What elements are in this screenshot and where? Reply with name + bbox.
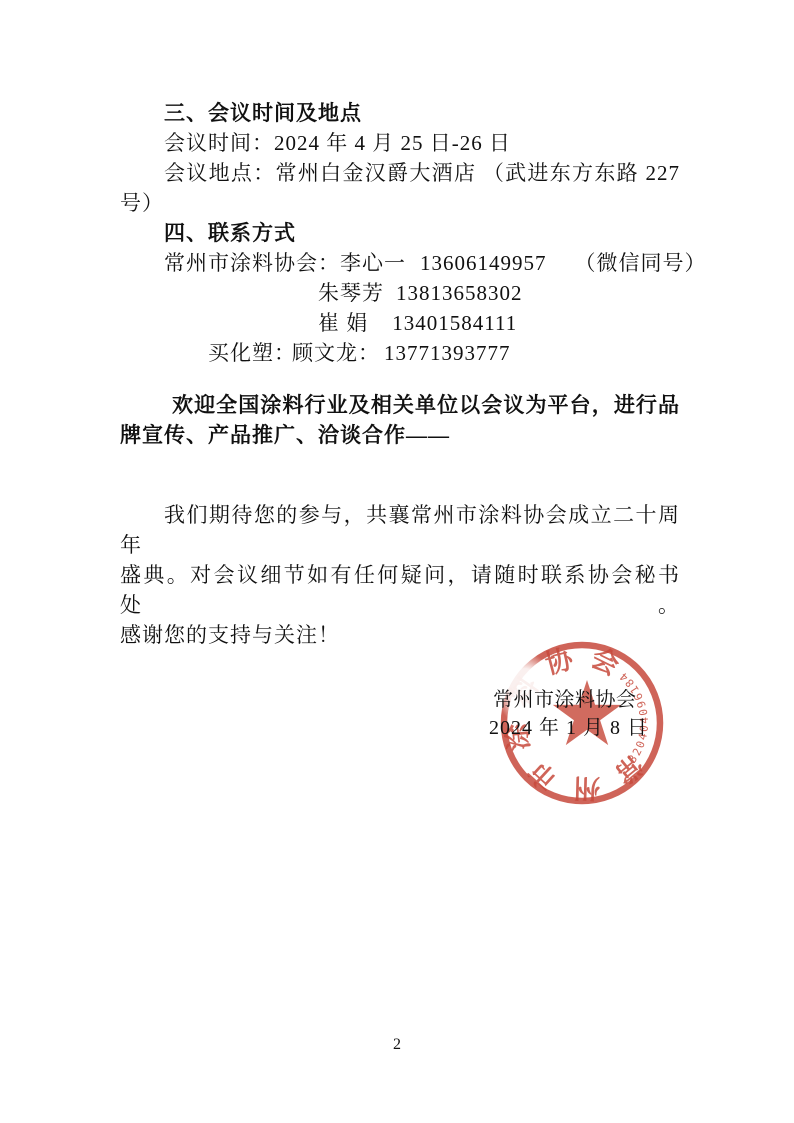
contact-phone: 13401584111: [392, 311, 517, 335]
meeting-time-line: 会议时间：2024 年 4 月 25 日-26 日: [120, 128, 680, 158]
contact-name: 朱琴芳: [318, 281, 384, 305]
closing-line-2: 盛典。对会议细节如有任何疑问，请随时联系协会秘书处。: [120, 560, 680, 620]
contact-phone: 13813658302: [396, 281, 523, 305]
contact-line-2: 朱琴芳13813658302: [120, 278, 680, 308]
meeting-venue-line-1: 会议地点：常州白金汉爵大酒店 （武进东方东路 227: [120, 158, 680, 188]
signature-org: 常州市涂料协会: [493, 683, 637, 712]
contact-name: 崔 娟: [318, 311, 368, 335]
section-contact-heading: 四、联系方式: [120, 218, 680, 248]
contact-name: 李心一: [340, 251, 406, 275]
welcome-line-2: 牌宣传、产品推广、洽谈合作——: [120, 420, 680, 450]
closing-line-1: 我们期待您的参与，共襄常州市涂料协会成立二十周年: [120, 500, 680, 560]
page-number: 2: [0, 1036, 794, 1054]
contact-name: 顾文龙：: [292, 341, 380, 365]
welcome-paragraph: 欢迎全国涂料行业及相关单位以会议为平台，进行品 牌宣传、产品推广、洽谈合作——: [120, 390, 680, 450]
contact-note: （微信同号）: [575, 251, 707, 275]
contact-phone: 13771393777: [384, 341, 511, 365]
contact-line-maihuasu: 买化塑：顾文龙：13771393777: [120, 338, 680, 368]
document-page: 三、会议时间及地点 会议时间：2024 年 4 月 25 日-26 日 会议地点…: [0, 0, 794, 1123]
section-meeting-heading: 三、会议时间及地点: [120, 98, 680, 128]
contact-org-label: 买化塑：: [164, 338, 292, 368]
signature-date: 2024 年 1 月 8 日: [489, 711, 648, 740]
contact-org-label: 常州市涂料协会：: [164, 251, 340, 275]
contact-line-association: 常州市涂料协会：李心一13606149957（微信同号）: [120, 248, 680, 278]
contact-phone: 13606149957: [420, 251, 547, 275]
welcome-line-1: 欢迎全国涂料行业及相关单位以会议为平台，进行品: [120, 390, 680, 420]
contact-line-3: 崔 娟13401584111: [120, 308, 680, 338]
document-body: 三、会议时间及地点 会议时间：2024 年 4 月 25 日-26 日 会议地点…: [120, 98, 680, 650]
meeting-venue-line-2: 号）: [120, 188, 680, 218]
